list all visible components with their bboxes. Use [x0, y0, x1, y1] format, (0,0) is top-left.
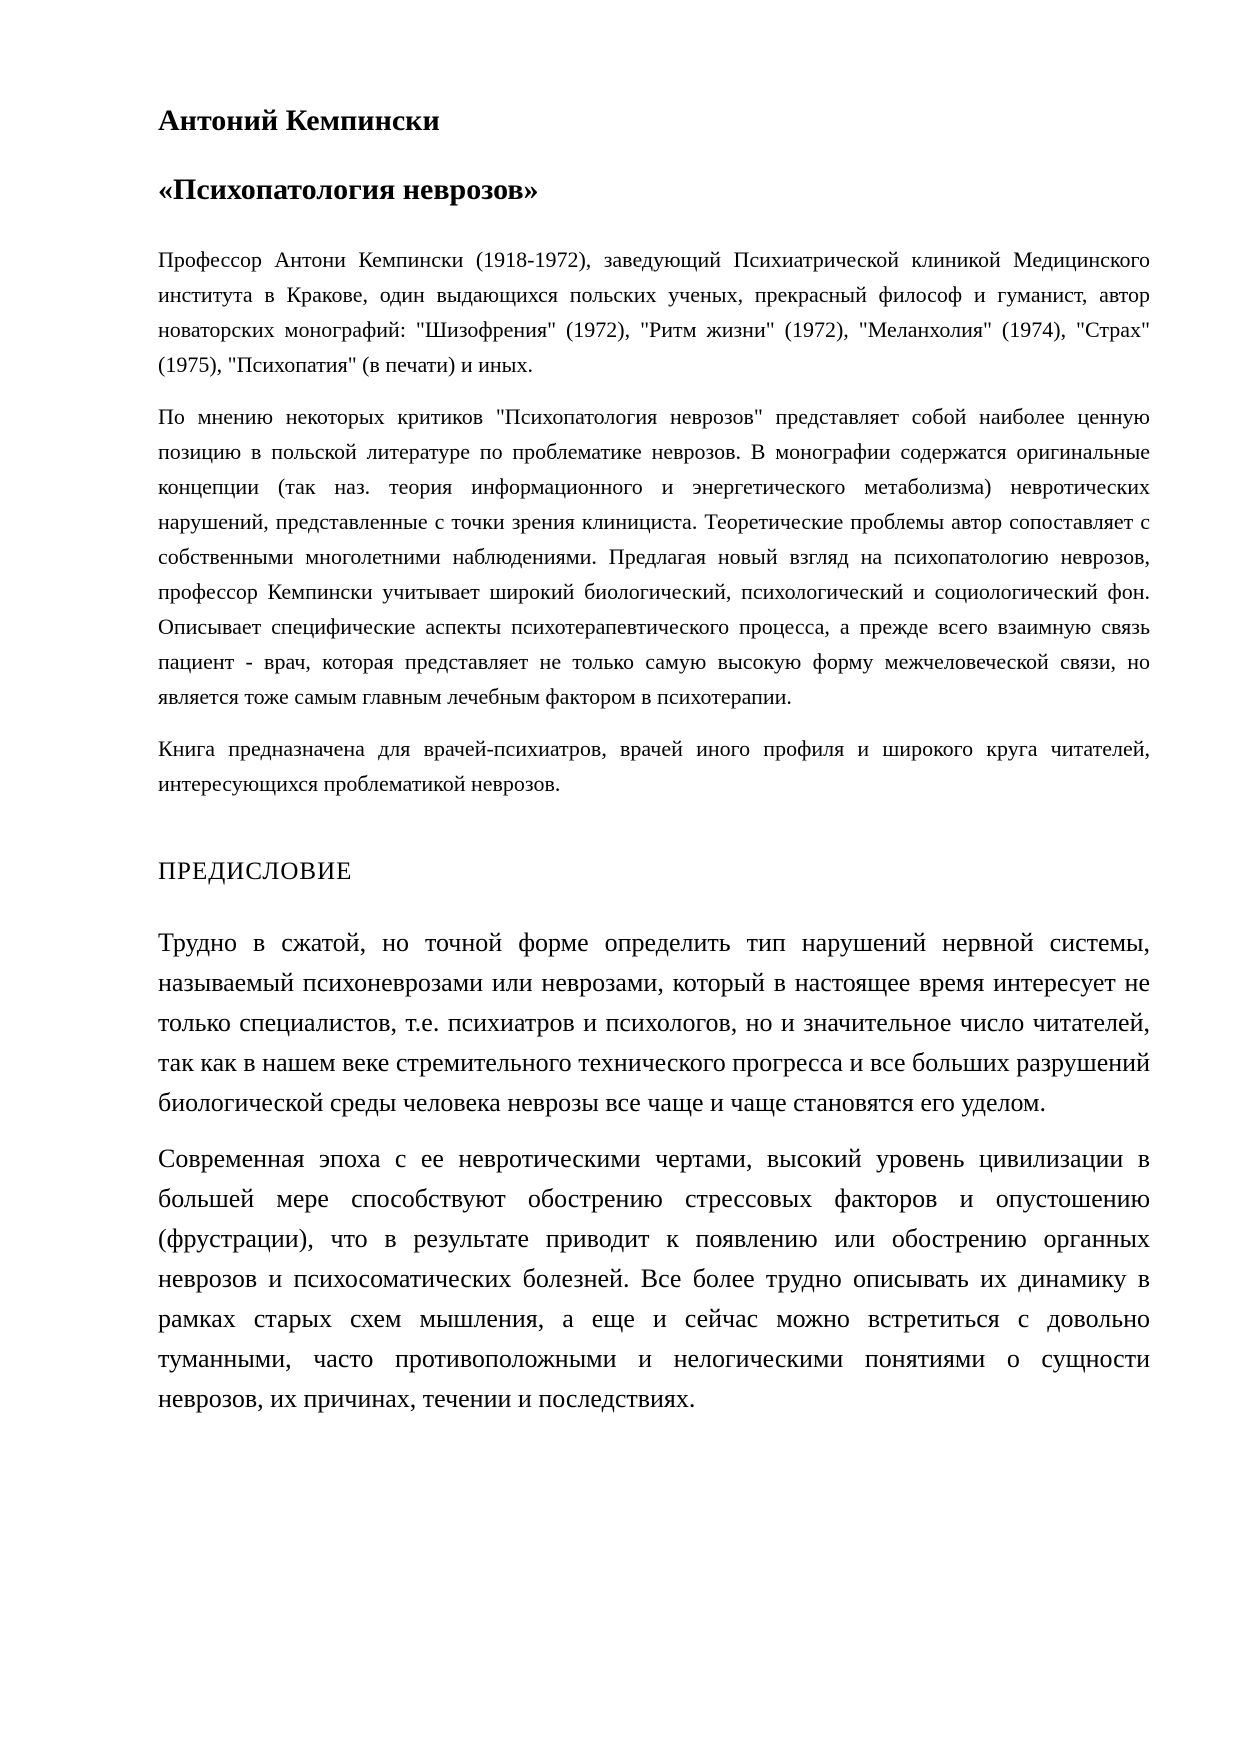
- preface-paragraph-definition: Трудно в сжатой, но точной форме определ…: [158, 923, 1150, 1123]
- section-heading-preface: ПРЕДИСЛОВИЕ: [158, 857, 1150, 887]
- book-title-heading: «Психопатология неврозов»: [158, 172, 1150, 208]
- document-page: Антоний Кемпински «Психопатология невроз…: [0, 0, 1240, 1754]
- author-heading: Антоний Кемпински: [158, 103, 1150, 139]
- preface-paragraph-modern-era: Современная эпоха с ее невротическими че…: [158, 1139, 1150, 1419]
- intro-paragraph-audience: Книга предназначена для врачей-психиатро…: [158, 731, 1150, 801]
- intro-paragraph-critics: По мнению некоторых критиков "Психопатол…: [158, 399, 1150, 714]
- intro-paragraph-biography: Профессор Антони Кемпински (1918-1972), …: [158, 242, 1150, 382]
